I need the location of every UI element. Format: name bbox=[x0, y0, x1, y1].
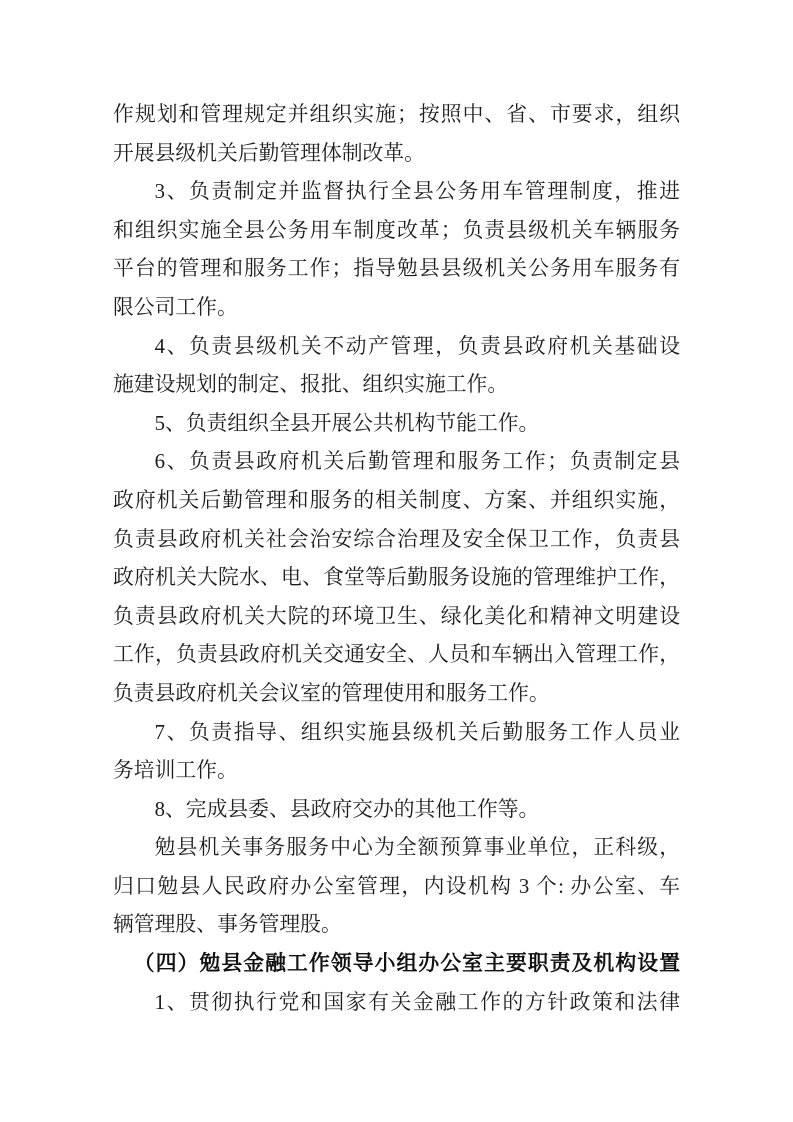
text-line: 6、负责县政府机关后勤管理和服务工作；负责制定县 bbox=[113, 443, 680, 482]
text-line: （四）勉县金融工作领导小组办公室主要职责及机构设置 bbox=[113, 945, 680, 984]
text-line: 负责县政府机关社会治安综合治理及安全保卫工作，负责县 bbox=[113, 521, 680, 560]
text-line: 勉县机关事务服务中心为全额预算事业单位，正科级， bbox=[113, 829, 680, 868]
text-line: 和组织实施全县公务用车制度改革；负责县级机关车辆服务 bbox=[113, 212, 680, 251]
text-line: 3、负责制定并监督执行全县公务用车管理制度，推进 bbox=[113, 173, 680, 212]
text-line: 政府机关大院水、电、食堂等后勤服务设施的管理维护工作， bbox=[113, 559, 680, 598]
text-line: 限公司工作。 bbox=[113, 289, 680, 328]
text-line: 务培训工作。 bbox=[113, 752, 680, 791]
text-line: 辆管理股、事务管理股。 bbox=[113, 906, 680, 945]
text-line: 负责县政府机关大院的环境卫生、绿化美化和精神文明建设 bbox=[113, 598, 680, 637]
text-line: 开展县级机关后勤管理体制改革。 bbox=[113, 135, 680, 174]
text-line: 归口勉县人民政府办公室管理，内设机构 3 个: 办公室、车 bbox=[113, 868, 680, 907]
text-line: 4、负责县级机关不动产管理，负责县政府机关基础设 bbox=[113, 328, 680, 367]
text-line: 负责县政府机关会议室的管理使用和服务工作。 bbox=[113, 675, 680, 714]
text-line: 政府机关后勤管理和服务的相关制度、方案、并组织实施， bbox=[113, 482, 680, 521]
text-line: 7、负责指导、组织实施县级机关后勤服务工作人员业 bbox=[113, 714, 680, 753]
document-page: 作规划和管理规定并组织实施；按照中、省、市要求，组织开展县级机关后勤管理体制改革… bbox=[0, 0, 793, 1122]
text-line: 施建设规划的制定、报批、组织实施工作。 bbox=[113, 366, 680, 405]
text-line: 作规划和管理规定并组织实施；按照中、省、市要求，组织 bbox=[113, 96, 680, 135]
text-line: 工作，负责县政府机关交通安全、人员和车辆出入管理工作， bbox=[113, 636, 680, 675]
text-line: 8、完成县委、县政府交办的其他工作等。 bbox=[113, 791, 680, 830]
text-line: 5、负责组织全县开展公共机构节能工作。 bbox=[113, 405, 680, 444]
text-line: 平台的管理和服务工作；指导勉县县级机关公务用车服务有 bbox=[113, 250, 680, 289]
document-body: 作规划和管理规定并组织实施；按照中、省、市要求，组织开展县级机关后勤管理体制改革… bbox=[113, 96, 680, 1022]
text-line: 1、贯彻执行党和国家有关金融工作的方针政策和法律 bbox=[113, 984, 680, 1023]
